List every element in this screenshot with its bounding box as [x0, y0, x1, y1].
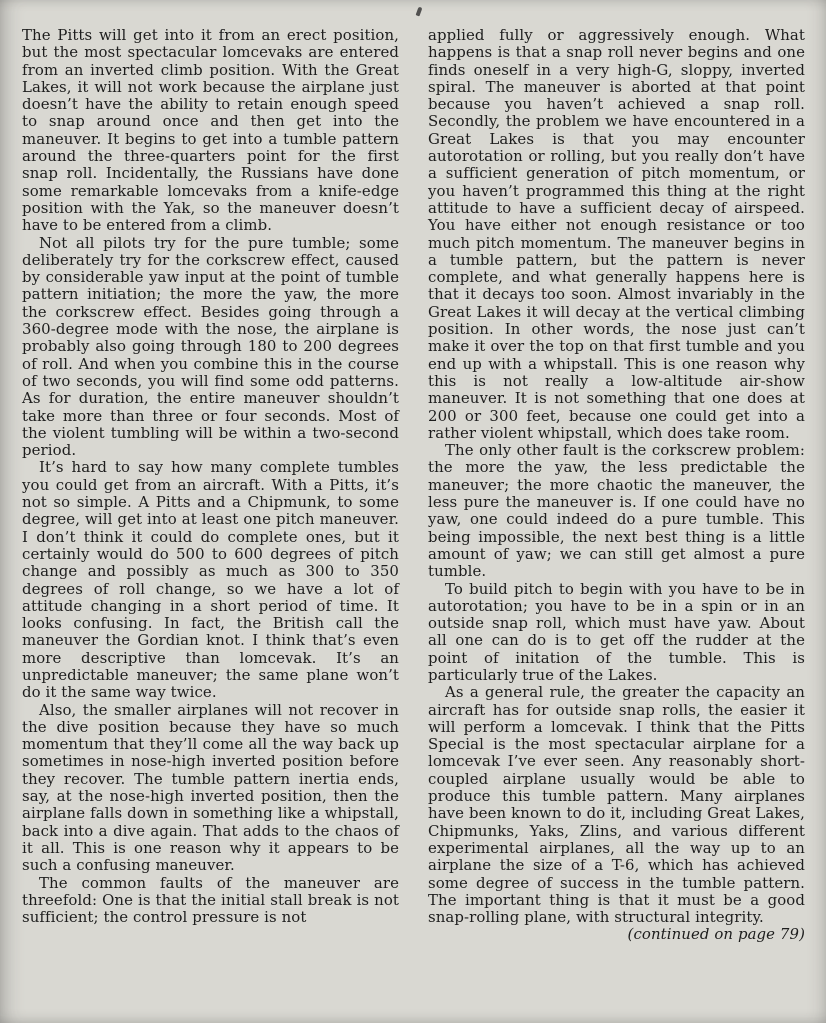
paragraph-continuation: applied fully or aggressively enough. Wh… — [428, 27, 805, 442]
magazine-page: The Pitts will get into it from an erect… — [0, 0, 826, 1023]
paragraph: The only other fault is the corkscrew pr… — [428, 442, 805, 580]
paragraph-with-note: As a general rule, the greater the capac… — [428, 684, 805, 926]
two-column-layout: The Pitts will get into it from an erect… — [22, 27, 805, 944]
paragraph: Also, the smaller airplanes will not rec… — [22, 702, 399, 875]
right-column: applied fully or aggressively enough. Wh… — [428, 27, 805, 944]
paragraph: To build pitch to begin with you have to… — [428, 581, 805, 685]
paragraph: Not all pilots try for the pure tumble; … — [22, 235, 399, 460]
paragraph: The common faults of the maneuver are th… — [22, 875, 399, 927]
paragraph-continuation: The Pitts will get into it from an erect… — [22, 27, 399, 235]
left-column: The Pitts will get into it from an erect… — [22, 27, 399, 944]
ink-speck — [416, 7, 423, 17]
paragraph: It’s hard to say how many complete tumbl… — [22, 459, 399, 701]
continued-note: (continued on page 79) — [597, 926, 805, 943]
paragraph-text: As a general rule, the greater the capac… — [428, 683, 805, 926]
